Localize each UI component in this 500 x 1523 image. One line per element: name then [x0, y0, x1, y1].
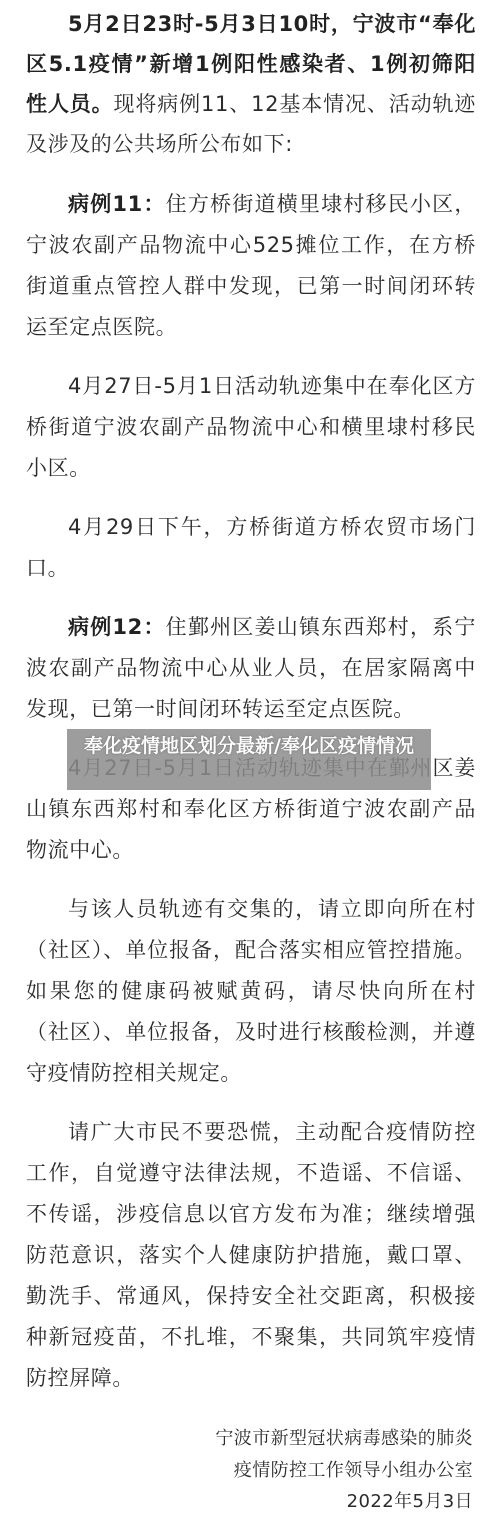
signature-date: 2022年5月3日 [215, 1486, 473, 1518]
case-11-location-text: 4月29日下午，方桥街道方桥农贸市场门口。 [26, 515, 476, 580]
appeal-text: 请广大市民不要恐慌，主动配合疫情防控工作，自觉遵守法律法规，不造谣、不信谣、不传… [26, 1120, 476, 1390]
signature-block: 宁波市新型冠状病毒感染的肺炎 疫情防控工作领导小组办公室 2022年5月3日 [215, 1423, 473, 1518]
case-11-location-paragraph: 4月29日下午，方桥街道方桥农贸市场门口。 [26, 507, 476, 589]
case-12-paragraph: 病例12：住鄞州区姜山镇东西郑村，系宁波农副产品物流中心从业人员，在居家隔离中发… [26, 607, 476, 730]
article-body: 5月2日23时-5月3日10时，宁波市“奉化区5.1疫情”新增1例阳性感染者、1… [26, 4, 476, 1417]
case-12-label: 病例12： [68, 615, 166, 639]
signature-line-1: 宁波市新型冠状病毒感染的肺炎 [215, 1423, 473, 1455]
appeal-paragraph: 请广大市民不要恐慌，主动配合疫情防控工作，自觉遵守法律法规，不造谣、不信谣、不传… [26, 1112, 476, 1399]
notice-text: 与该人员轨迹有交集的，请立即向所在村（社区）、单位报备，配合落实相应管控措施。如… [26, 897, 476, 1085]
case-11-trajectory-paragraph: 4月27日-5月1日活动轨迹集中在奉化区方桥街道宁波农副产品物流中心和横里埭村移… [26, 366, 476, 489]
notice-paragraph: 与该人员轨迹有交集的，请立即向所在村（社区）、单位报备，配合落实相应管控措施。如… [26, 889, 476, 1094]
signature-line-2: 疫情防控工作领导小组办公室 [215, 1455, 473, 1487]
case-11-label: 病例11： [68, 192, 166, 216]
lead-paragraph: 5月2日23时-5月3日10时，宁波市“奉化区5.1疫情”新增1例阳性感染者、1… [26, 4, 476, 164]
case-11-paragraph: 病例11：住方桥街道横里埭村移民小区，宁波农副产品物流中心525摊位工作，在方桥… [26, 184, 476, 348]
title-overlay-banner: 奉化疫情地区划分最新/奉化区疫情情况 [67, 729, 431, 790]
case-11-trajectory-text: 4月27日-5月1日活动轨迹集中在奉化区方桥街道宁波农副产品物流中心和横里埭村移… [26, 374, 476, 480]
